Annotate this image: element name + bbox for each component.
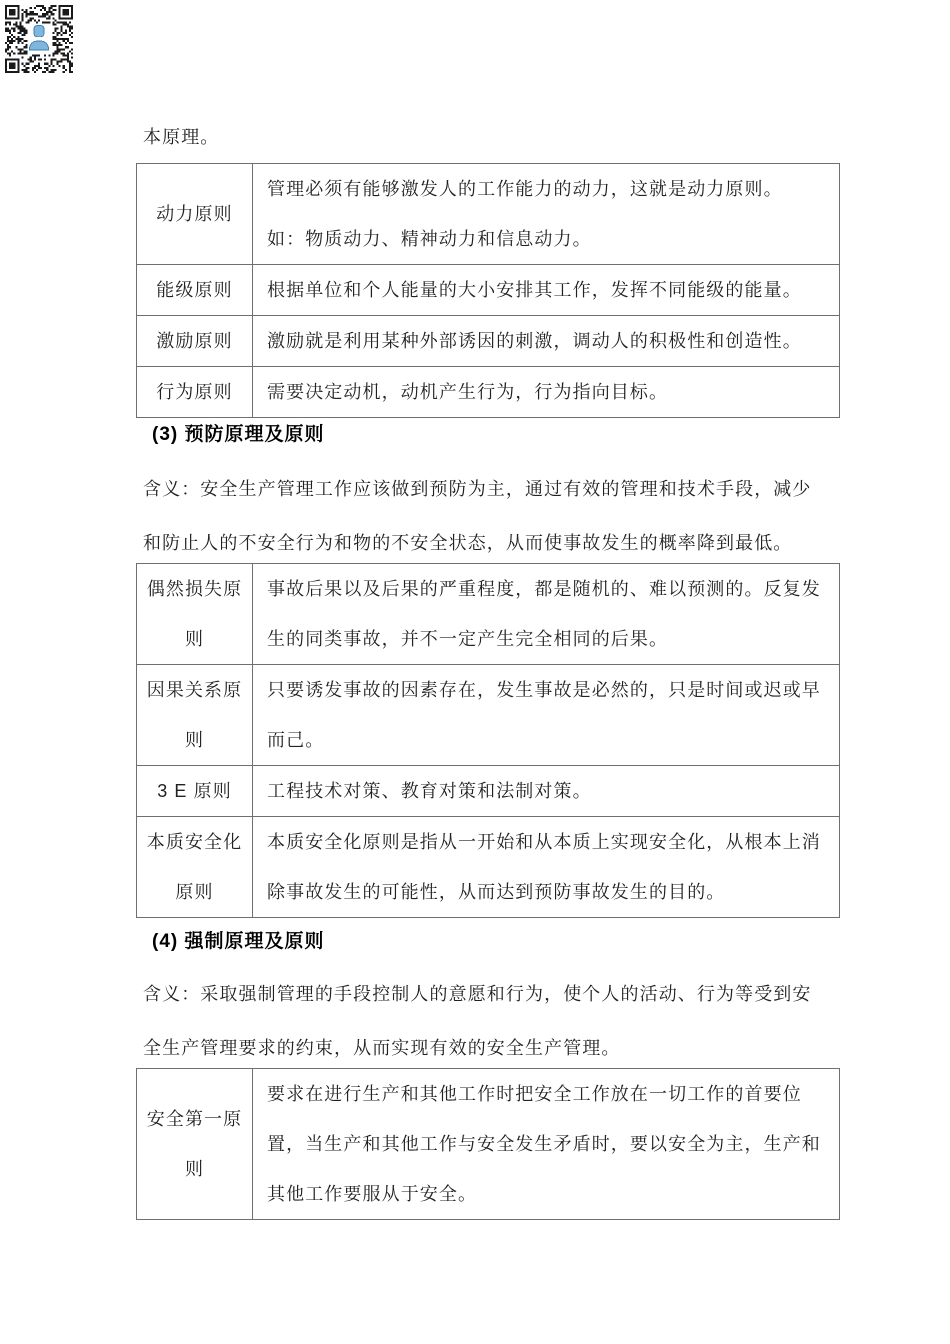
principles-table-motivation: 动力原则 管理必须有能够激发人的工作能力的动力，这就是动力原则。 如：物质动力、… — [136, 163, 840, 418]
table-row: 动力原则 管理必须有能够激发人的工作能力的动力，这就是动力原则。 如：物质动力、… — [137, 164, 840, 265]
row-label: 能级原则 — [137, 265, 253, 316]
row-label: 安全第一原则 — [137, 1069, 253, 1220]
row-label: 行为原则 — [137, 367, 253, 418]
content-line: 管理必须有能够激发人的工作能力的动力，这就是动力原则。 — [267, 164, 825, 214]
paragraph-line: 和防止人的不安全行为和物的不安全状态，从而使事故发生的概率降到最低。 — [143, 516, 863, 570]
qr-code — [5, 5, 73, 73]
section-heading-compulsion: (4) 强制原理及原则 — [152, 928, 325, 956]
row-label: 本质安全化原则 — [137, 817, 253, 918]
row-label: 偶然损失原则 — [137, 564, 253, 665]
section-heading-prevention: (3) 预防原理及原则 — [152, 421, 325, 449]
row-content: 工程技术对策、教育对策和法制对策。 — [253, 766, 840, 817]
principles-table-compulsion: 安全第一原则 要求在进行生产和其他工作时把安全工作放在一切工作的首要位置，当生产… — [136, 1068, 840, 1220]
table-row: 安全第一原则 要求在进行生产和其他工作时把安全工作放在一切工作的首要位置，当生产… — [137, 1069, 840, 1220]
table-row: 行为原则 需要决定动机，动机产生行为，行为指向目标。 — [137, 367, 840, 418]
row-label: 动力原则 — [137, 164, 253, 265]
row-content: 管理必须有能够激发人的工作能力的动力，这就是动力原则。 如：物质动力、精神动力和… — [253, 164, 840, 265]
row-content: 只要诱发事故的因素存在，发生事故是必然的，只是时间或迟或早而己。 — [253, 665, 840, 766]
row-content: 根据单位和个人能量的大小安排其工作，发挥不同能级的能量。 — [253, 265, 840, 316]
content-line: 如：物质动力、精神动力和信息动力。 — [267, 214, 825, 264]
row-label: 因果关系原则 — [137, 665, 253, 766]
table-row: 激励原则 激励就是利用某种外部诱因的刺激，调动人的积极性和创造性。 — [137, 316, 840, 367]
table-row: 能级原则 根据单位和个人能量的大小安排其工作，发挥不同能级的能量。 — [137, 265, 840, 316]
intro-text: 本原理。 — [143, 110, 219, 164]
principles-table-prevention: 偶然损失原则 事故后果以及后果的严重程度，都是随机的、难以预测的。反复发生的同类… — [136, 563, 840, 918]
person-logo-icon — [28, 24, 51, 53]
paragraph-line: 含义：采取强制管理的手段控制人的意愿和行为，使个人的活动、行为等受到安 — [143, 967, 863, 1021]
document-page: 本原理。 动力原则 管理必须有能够激发人的工作能力的动力，这就是动力原则。 如：… — [0, 0, 950, 1344]
row-label: 3 E 原则 — [137, 766, 253, 817]
paragraph-line: 全生产管理要求的约束，从而实现有效的安全生产管理。 — [143, 1021, 863, 1075]
row-label: 激励原则 — [137, 316, 253, 367]
table-row: 因果关系原则 只要诱发事故的因素存在，发生事故是必然的，只是时间或迟或早而己。 — [137, 665, 840, 766]
paragraph-line: 含义：安全生产管理工作应该做到预防为主，通过有效的管理和技术手段，减少 — [143, 462, 863, 516]
paragraph-compulsion-meaning: 含义：采取强制管理的手段控制人的意愿和行为，使个人的活动、行为等受到安 全生产管… — [143, 967, 863, 1075]
table-row: 3 E 原则 工程技术对策、教育对策和法制对策。 — [137, 766, 840, 817]
row-content: 事故后果以及后果的严重程度，都是随机的、难以预测的。反复发生的同类事故，并不一定… — [253, 564, 840, 665]
paragraph-prevention-meaning: 含义：安全生产管理工作应该做到预防为主，通过有效的管理和技术手段，减少 和防止人… — [143, 462, 863, 570]
row-content: 需要决定动机，动机产生行为，行为指向目标。 — [253, 367, 840, 418]
table-row: 本质安全化原则 本质安全化原则是指从一开始和从本质上实现安全化，从根本上消除事故… — [137, 817, 840, 918]
row-content: 要求在进行生产和其他工作时把安全工作放在一切工作的首要位置，当生产和其他工作与安… — [253, 1069, 840, 1220]
table-row: 偶然损失原则 事故后果以及后果的严重程度，都是随机的、难以预测的。反复发生的同类… — [137, 564, 840, 665]
row-content: 本质安全化原则是指从一开始和从本质上实现安全化，从根本上消除事故发生的可能性，从… — [253, 817, 840, 918]
row-content: 激励就是利用某种外部诱因的刺激，调动人的积极性和创造性。 — [253, 316, 840, 367]
